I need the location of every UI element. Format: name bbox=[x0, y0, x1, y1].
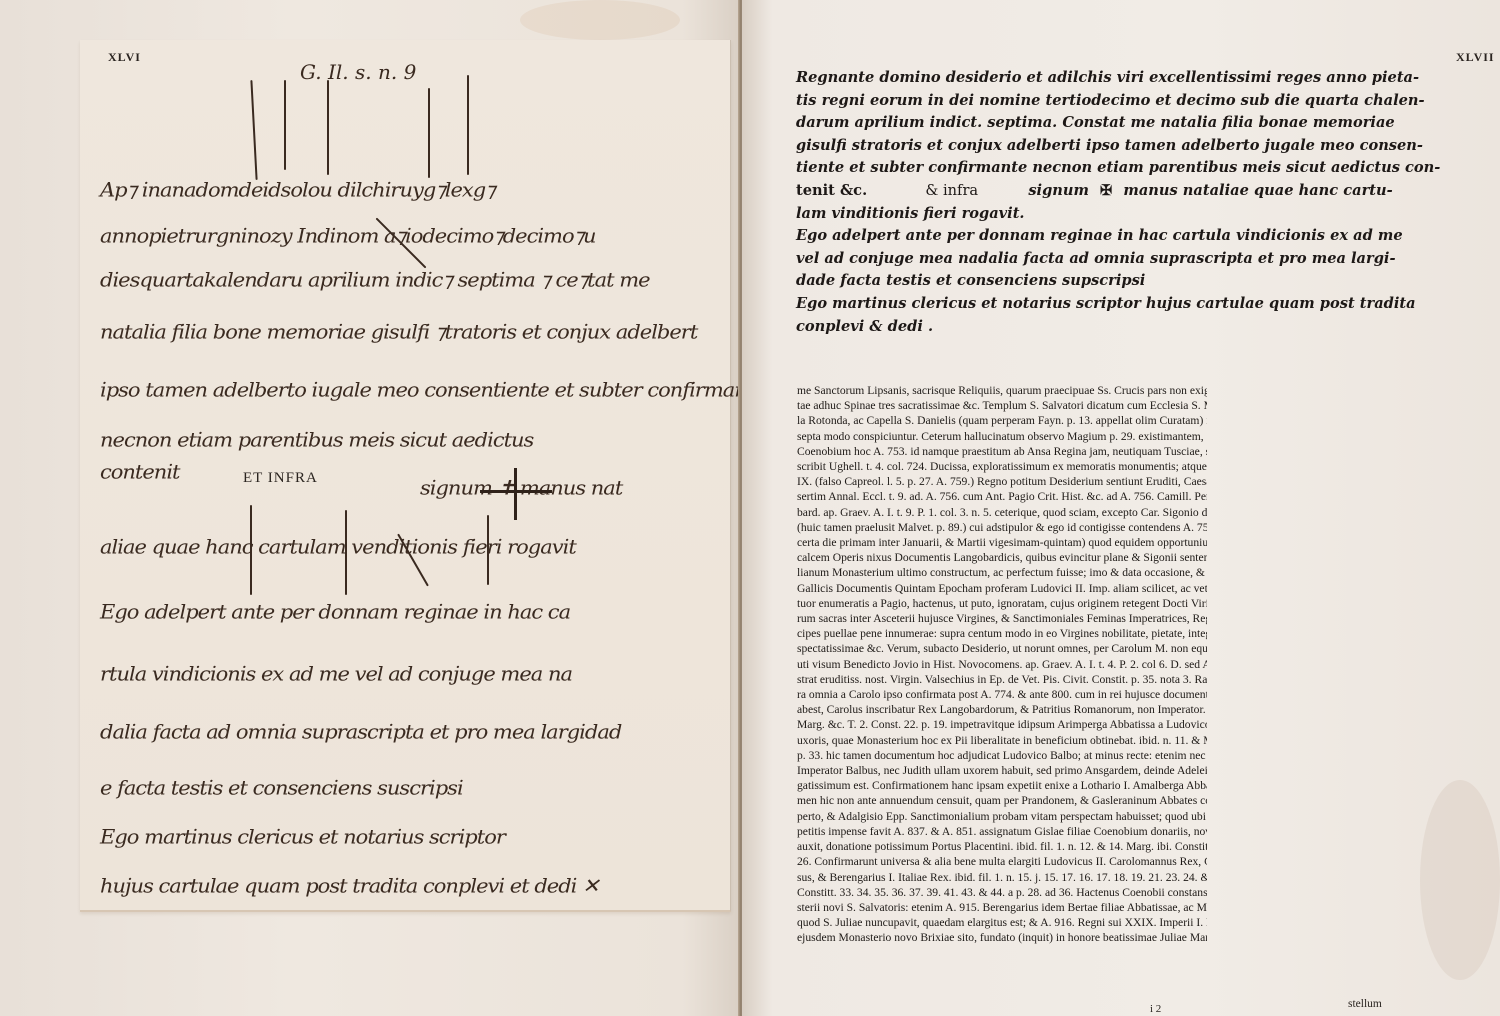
manuscript-shelfmark: G. Il. s. n. 9 bbox=[300, 60, 416, 84]
commentary-line: perto, & Adalgisio Epp. Sanctimonialium … bbox=[797, 809, 1207, 824]
commentary-line: tuor enumeratis a Pagio, hactenus, ut pu… bbox=[797, 596, 1207, 611]
commentary-line: Constitt. 33. 34. 35. 36. 37. 39. 41. 43… bbox=[797, 885, 1207, 900]
manuscript-ascender-stroke bbox=[428, 88, 430, 178]
charter-line: conplevi & dedi . bbox=[796, 316, 1206, 339]
charter-line: dade facta testis et consenciens supscri… bbox=[796, 270, 1206, 293]
charter-line: Ego adelpert ante per donnam reginae in … bbox=[796, 225, 1206, 248]
charter-signum-word: signum bbox=[1028, 182, 1089, 199]
manuscript-line: necnon etiam parentibus meis sicut aedic… bbox=[100, 429, 533, 452]
commentary-text: me Sanctorum Lipsanis, sacrisque Reliqui… bbox=[797, 383, 1207, 946]
manuscript-line: e facta testis et consenciens suscripsi bbox=[100, 777, 463, 800]
cross-signum-icon-bar bbox=[480, 490, 552, 493]
manuscript-line: rtula vindicionis ex ad me vel ad conjug… bbox=[100, 663, 572, 686]
commentary-line: tae adhuc Spinae tres sacratissimae &c. … bbox=[797, 398, 1207, 413]
commentary-line: bard. ap. Graev. A. I. t. 9. P. 1. col. … bbox=[797, 505, 1207, 520]
commentary-line: lianum Monasterium ultimo constructum, a… bbox=[797, 565, 1207, 580]
maltese-cross-icon: ✠ bbox=[1100, 180, 1112, 203]
commentary-line: gatissimum est. Confirmationem hanc ipsa… bbox=[797, 778, 1207, 793]
manuscript-line: dalia facta ad omnia suprascripta et pro… bbox=[100, 721, 621, 744]
charter-line: vel ad conjuge mea nadalia facta ad omni… bbox=[796, 248, 1206, 271]
commentary-line: spectatissimae &c. Verum, subacto Deside… bbox=[797, 641, 1207, 656]
charter-et-infra: & infra bbox=[925, 182, 978, 199]
et-infra-label: ET INFRA bbox=[243, 470, 318, 487]
charter-text: tenit &c. bbox=[796, 182, 867, 199]
manuscript-line: contenit bbox=[100, 461, 179, 484]
commentary-line: uti visum Benedicto Jovio in Hist. Novoc… bbox=[797, 657, 1207, 672]
commentary-line: septa modo conspiciuntur. Ceterum halluc… bbox=[797, 429, 1207, 444]
commentary-line: 26. Confirmarunt universa & alia bene mu… bbox=[797, 854, 1207, 869]
commentary-line: ra omnia a Carolo ipso confirmata post A… bbox=[797, 687, 1207, 702]
commentary-line: petitis impense favit A. 837. & A. 851. … bbox=[797, 824, 1207, 839]
charter-line: Ego martinus clericus et notarius script… bbox=[796, 293, 1206, 316]
commentary-line: Imperator Balbus, nec Judith ullam uxore… bbox=[797, 763, 1207, 778]
manuscript-line: hujus cartulae quam post tradita conplev… bbox=[100, 875, 599, 898]
charter-line: darum aprilium indict. septima. Constat … bbox=[796, 112, 1206, 135]
charter-line-signum: tenit &c. & infra signum ✠ manus natalia… bbox=[796, 180, 1206, 203]
charter-line: lam vinditionis fieri rogavit. bbox=[796, 203, 1206, 226]
manuscript-line: diesquartakalendaru aprilium indic⁊ sept… bbox=[100, 269, 650, 292]
foxing-stain bbox=[1420, 780, 1500, 980]
commentary-line: calcem Operis nixus Documentis Langobard… bbox=[797, 550, 1207, 565]
folio-number-right: XLVII bbox=[1456, 50, 1495, 65]
manuscript-signum-text: signum ✝ manus nat bbox=[420, 477, 622, 500]
commentary-line: auxit, donatione potissimum Portus Place… bbox=[797, 839, 1207, 854]
commentary-line: ejusdem Monasterio novo Brixiae sito, fu… bbox=[797, 930, 1207, 945]
catchword: stellum bbox=[1348, 998, 1382, 1010]
commentary-line: sertim Annal. Eccl. t. 9. ad. A. 756. cu… bbox=[797, 489, 1207, 504]
commentary-line: la Rotonda, ac Capella S. Danielis (quam… bbox=[797, 413, 1207, 428]
manuscript-line: Ego adelpert ante per donnam reginae in … bbox=[100, 601, 570, 624]
commentary-line: rum sacras inter Asceterii hujusce Virgi… bbox=[797, 611, 1207, 626]
commentary-line: sus, & Berengarius I. Italiae Rex. ibid.… bbox=[797, 870, 1207, 885]
commentary-line: Gallicis Documentis Quintam Epocham prof… bbox=[797, 581, 1207, 596]
manuscript-line: aliae quae hanc cartulam venditionis fie… bbox=[100, 536, 576, 559]
manuscript-ascender-stroke bbox=[284, 80, 286, 170]
charter-text: manus nataliae quae hanc cartu- bbox=[1123, 182, 1392, 199]
signature-mark: i 2 bbox=[1150, 1003, 1161, 1015]
cross-signum-icon bbox=[514, 468, 517, 520]
commentary-line: scribit Ughell. t. 4. col. 724. Ducissa,… bbox=[797, 459, 1207, 474]
commentary-line: men hic non ante annuendum censuit, quam… bbox=[797, 793, 1207, 808]
manuscript-line: natalia filia bone memoriae gisulfi ⁊tra… bbox=[100, 321, 697, 344]
manuscript-ascender-stroke bbox=[327, 80, 329, 175]
folio-number-left: XLVI bbox=[108, 50, 141, 65]
commentary-line: p. 33. hic tamen documentum hoc adjudica… bbox=[797, 748, 1207, 763]
charter-line: tiente et subter confirmante necnon etia… bbox=[796, 157, 1206, 180]
manuscript-ascender-stroke bbox=[467, 75, 469, 175]
commentary-line: abest, Carolus inscribatur Rex Langobard… bbox=[797, 702, 1207, 717]
manuscript-line: ipso tamen adelberto iugale meo consenti… bbox=[100, 379, 766, 402]
commentary-line: cipes puellae pene innumerae: supra cent… bbox=[797, 626, 1207, 641]
commentary-line: sterii novi S. Salvatoris: etenim A. 915… bbox=[797, 900, 1207, 915]
manuscript-line: Ap⁊ inanadomdeidsolou dilchiruyg⁊lexg⁊ bbox=[100, 179, 495, 202]
book-spread: XLVI G. Il. s. n. 9 Ap⁊ inanadomdeidsolo… bbox=[0, 0, 1500, 1016]
foxing-stain bbox=[520, 0, 680, 40]
manuscript-line: annopietrurgninozy Indinom a⁊iodecimo⁊de… bbox=[100, 225, 596, 248]
commentary-line: me Sanctorum Lipsanis, sacrisque Reliqui… bbox=[797, 383, 1207, 398]
commentary-line: quod S. Juliae nuncupavit, quaedam elarg… bbox=[797, 915, 1207, 930]
charter-line: tis regni eorum in dei nomine tertiodeci… bbox=[796, 90, 1206, 113]
commentary-line: Coenobium hoc A. 753. id namque praestit… bbox=[797, 444, 1207, 459]
manuscript-line: Ego martinus clericus et notarius script… bbox=[100, 826, 505, 849]
commentary-line: IX. (falso Capreol. l. 5. p. 27. A. 759.… bbox=[797, 474, 1207, 489]
charter-line: Regnante domino desiderio et adilchis vi… bbox=[796, 67, 1206, 90]
commentary-line: certa die primam inter Januarii, & Marti… bbox=[797, 535, 1207, 550]
commentary-line: Marg. &c. T. 2. Const. 22. p. 19. impetr… bbox=[797, 717, 1207, 732]
commentary-line: uxoris, quae Monasterium hoc ex Pii libe… bbox=[797, 733, 1207, 748]
commentary-line: (huic tamen praelusit Malvet. p. 89.) cu… bbox=[797, 520, 1207, 535]
commentary-line: strat eruditiss. nost. Virgin. Valsechiu… bbox=[797, 672, 1207, 687]
charter-line: gisulfi stratoris et conjux adelberti ip… bbox=[796, 135, 1206, 158]
charter-transcription: Regnante domino desiderio et adilchis vi… bbox=[796, 67, 1206, 338]
